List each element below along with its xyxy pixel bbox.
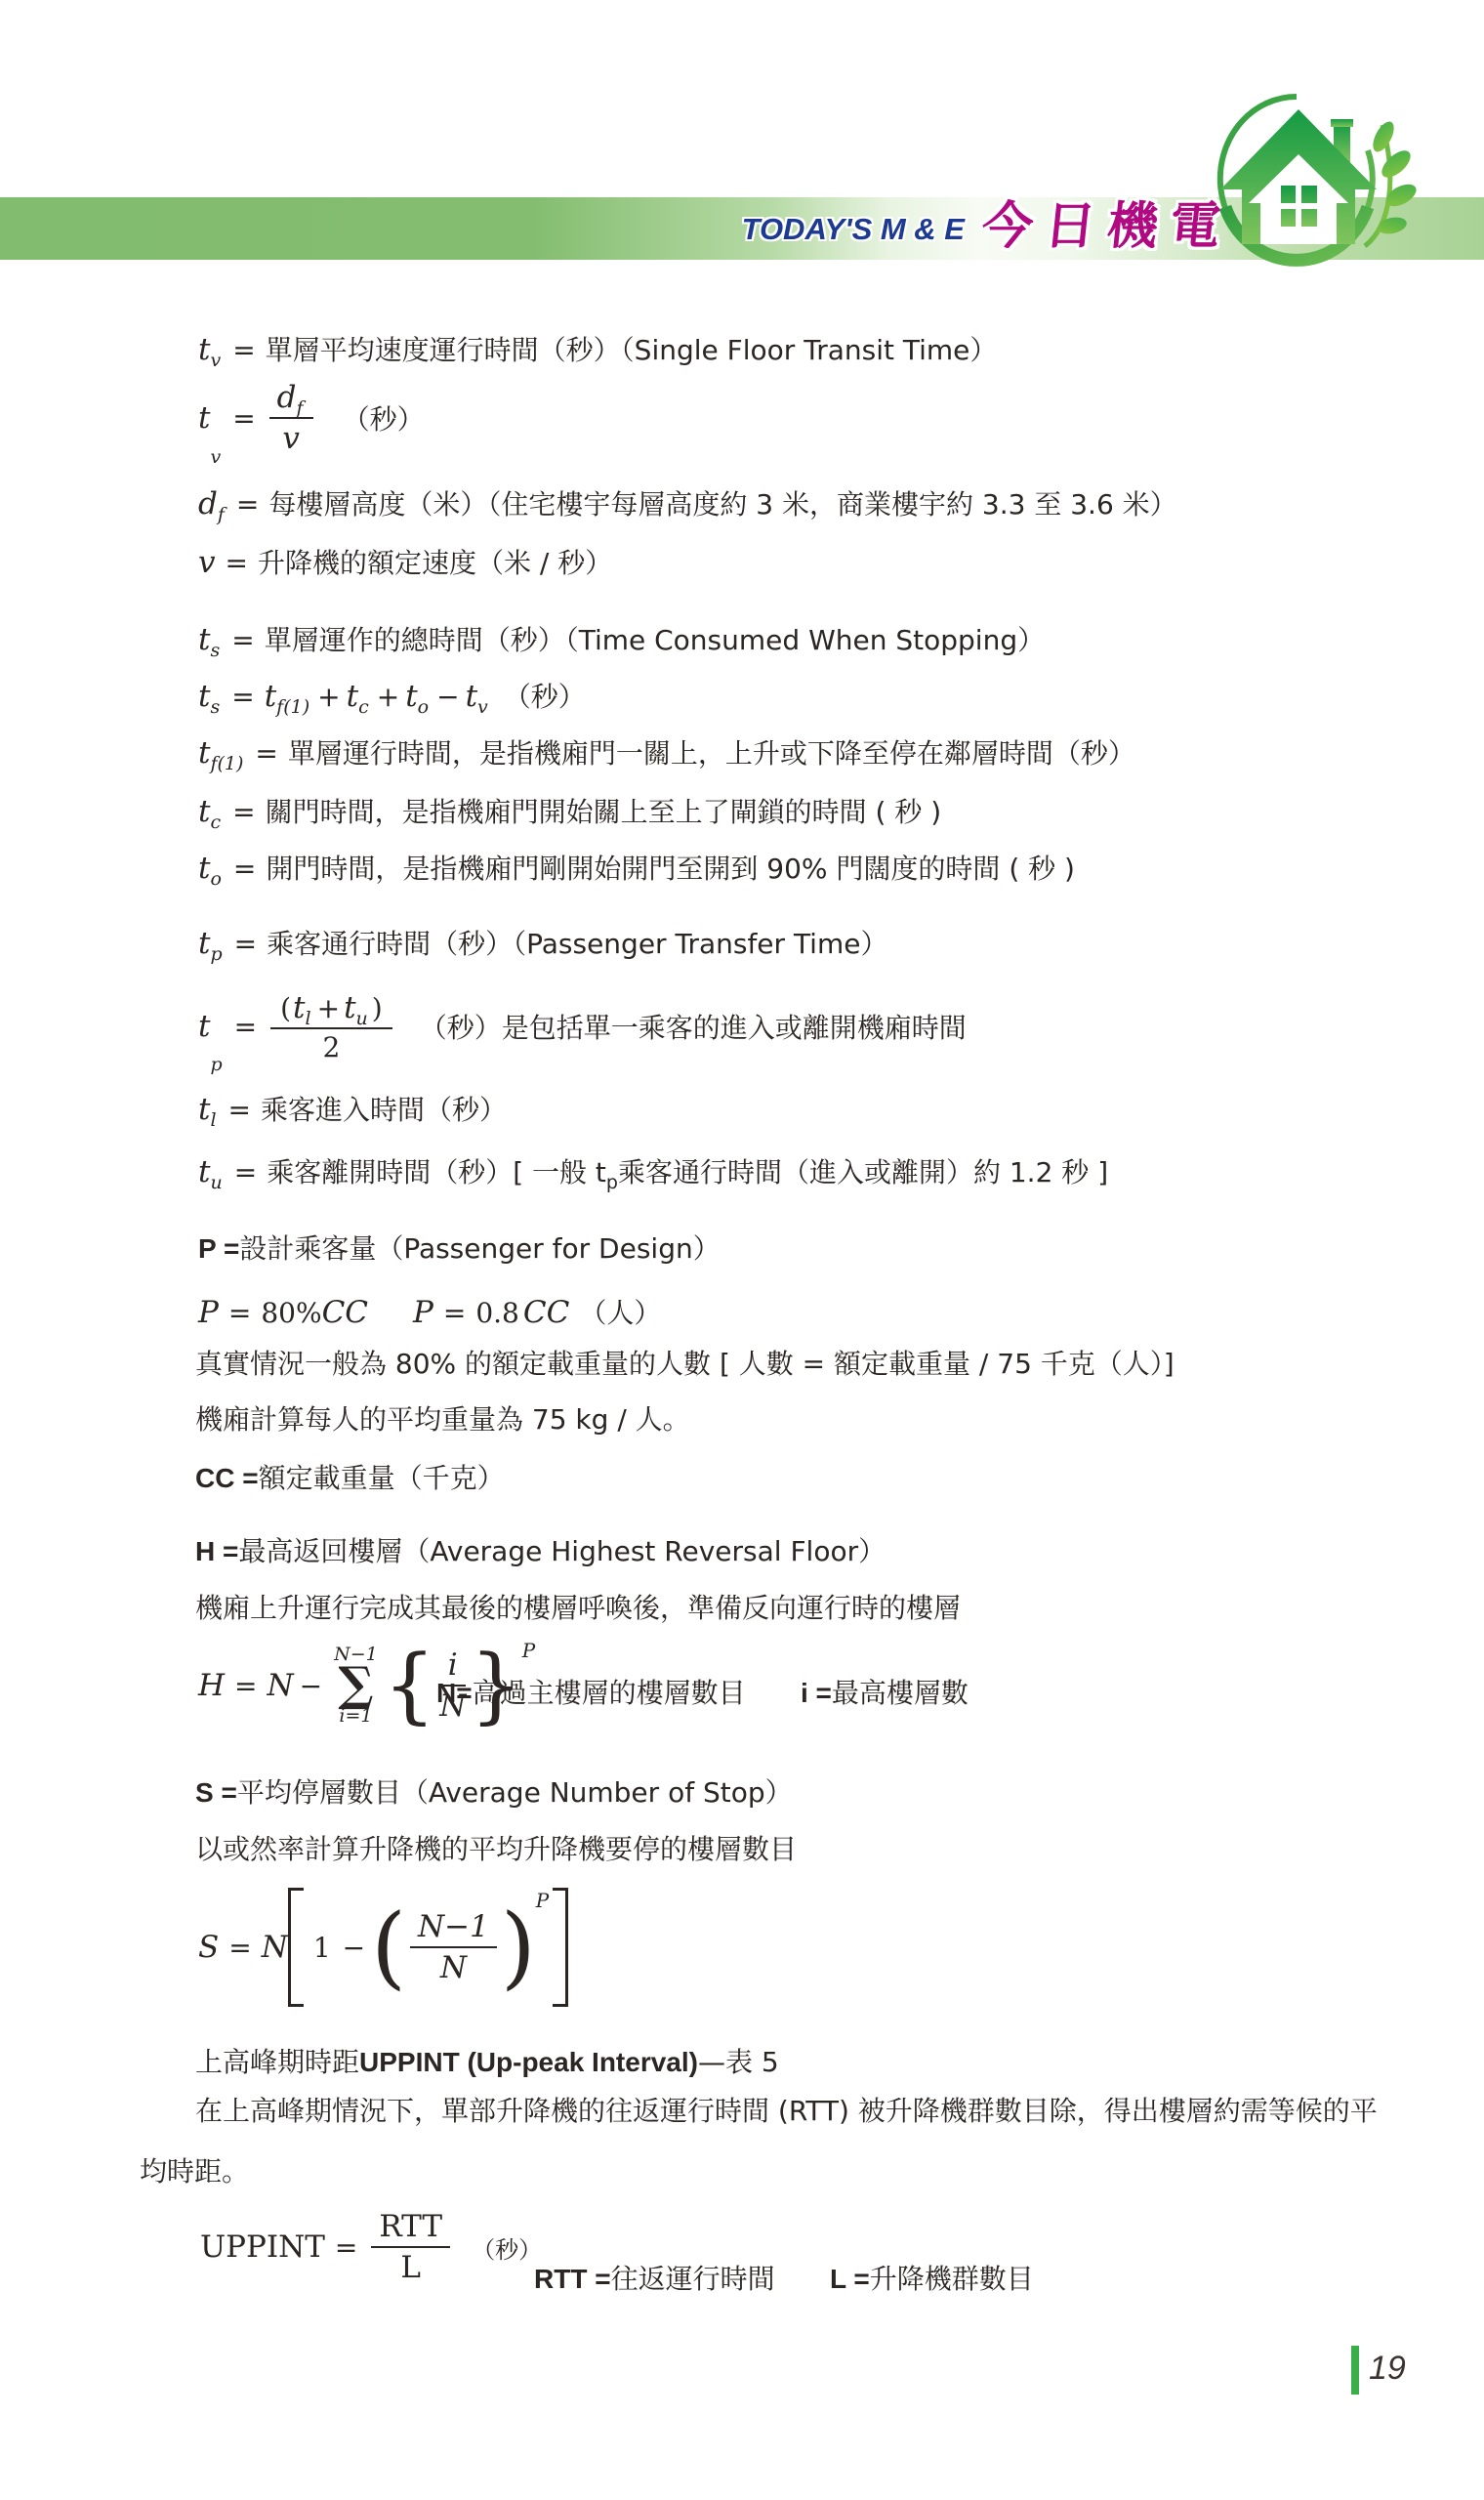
formula-uppint: UPPINT = RTT L （秒） <box>200 2203 542 2291</box>
fraction: N−1 N <box>410 1909 497 1985</box>
fraction: RTT L <box>371 2209 450 2285</box>
leaf-icon <box>1378 146 1416 182</box>
line-h-def: H = 最高返回樓層（Average Highest Reversal Floo… <box>195 1534 886 1569</box>
line-text: 單層平均速度運行時間（秒）（Single Floor Transit Time） <box>266 333 998 368</box>
leaf-icon <box>1369 118 1398 155</box>
formula-ts: ts = tf(1) + tc + to − tv （秒） <box>198 677 586 716</box>
page-number: 19 <box>1369 2350 1406 2388</box>
l-label: L = 升降機群數目 <box>830 2258 1034 2297</box>
left-bracket <box>288 1888 304 2007</box>
line-to-def: to = 開門時間，是指機廂門剛開始開門至開到 90% 門闊度的時間 ( 秒 ) <box>198 849 1075 888</box>
brand-chinese-title: 今日機電 <box>979 199 1235 255</box>
math-symbol: t <box>198 330 210 369</box>
sigma-symbol: ∑ <box>338 1664 373 1706</box>
formula-tp: tp = ( tl + tu ) 2 （秒）是包括單一乘客的進入或離開機廂時間 <box>198 984 967 1068</box>
formula-s: S = N 1 − ( N−1 N ) P <box>198 1889 568 2006</box>
right-bracket <box>553 1888 568 2007</box>
line-cc-def: CC = 額定載重量（千克） <box>195 1461 505 1496</box>
formula-p: P = 80% CC P = 0.8 CC （人） <box>198 1293 661 1332</box>
h-formula-n-label: N= 高過主樓層的樓層數目 <box>436 1672 746 1711</box>
line-df-def: df = 每樓層高度（米）（住宅樓宇每層高度約 3 米，商業樓宇約 3.3 至 … <box>198 484 1177 523</box>
paragraph-80-percent: 真實情況一般為 80% 的額定載重量的人數 [ 人數 = 額定載重量 / 75 … <box>195 1347 1175 1382</box>
h-formula-i-label: i = 最高樓層數 <box>801 1672 969 1711</box>
house-logo-icon <box>1201 68 1435 273</box>
fraction: df v <box>269 380 313 456</box>
line-tu-def: tu = 乘客離開時間（秒）[ 一般 tp 乘客通行時間（進入或離開）約 1.2… <box>198 1152 1108 1191</box>
line-tv-def: tv = 單層平均速度運行時間（秒）（Single Floor Transit … <box>198 330 997 369</box>
paragraph-75-kg: 機廂計算每人的平均重量為 75 kg / 人。 <box>195 1402 690 1437</box>
line-v-def: v = 升降機的額定速度（米 / 秒） <box>198 543 612 582</box>
line-tp-def: tp = 乘客通行時間（秒）（Passenger Transfer Time） <box>198 924 887 963</box>
brand-english-title: TODAY'S M & E <box>742 212 965 255</box>
up-peak-paragraph-line1: 在上高峰期情況下，單部升降機的往返運行時間 (RTT) 被升降機群數目除，得出樓… <box>195 2094 1378 2129</box>
paragraph-h: 機廂上升運行完成其最後的樓層呼喚後，準備反向運行時的樓層 <box>195 1591 961 1626</box>
leaf-icon <box>1377 215 1409 236</box>
up-peak-paragraph-line2: 均時距。 <box>140 2154 249 2189</box>
up-peak-title: 上高峰期時距 UPPINT (Up-peak Interval) — 表 5 <box>195 2045 779 2080</box>
brand: TODAY'S M & E 今日機電 <box>771 187 1232 255</box>
line-ts-def: ts = 單層運作的總時間（秒）（Time Consumed When Stop… <box>198 620 1045 659</box>
magazine-page: TODAY'S M & E 今日機電 <box>0 0 1484 2500</box>
fraction: ( tl + tu ) 2 <box>270 990 392 1063</box>
line-tl-def: tl = 乘客進入時間（秒） <box>198 1090 507 1129</box>
line-p-def: P = 設計乘客量（Passenger for Design） <box>198 1231 721 1267</box>
formula-tv: tv = df v （秒） <box>198 375 425 461</box>
paragraph-s: 以或然率計算升降機的平均升降機要停的樓層數目 <box>195 1832 797 1867</box>
chimney-cap <box>1331 119 1353 127</box>
line-tf1-def: tf(1) = 單層運行時間，是指機廂門一關上，上升或下降至停在鄰層時間（秒） <box>198 733 1135 772</box>
summation: N−1 ∑ i=1 <box>334 1646 378 1725</box>
line-tc-def: tc = 關門時間，是指機廂門開始關上至上了閘鎖的時間 ( 秒 ) <box>198 792 941 831</box>
rtt-label: RTT = 往返運行時間 <box>534 2258 775 2297</box>
line-s-def: S = 平均停層數目（Average Number of Stop） <box>195 1775 793 1811</box>
page-number-bar <box>1351 2346 1359 2395</box>
